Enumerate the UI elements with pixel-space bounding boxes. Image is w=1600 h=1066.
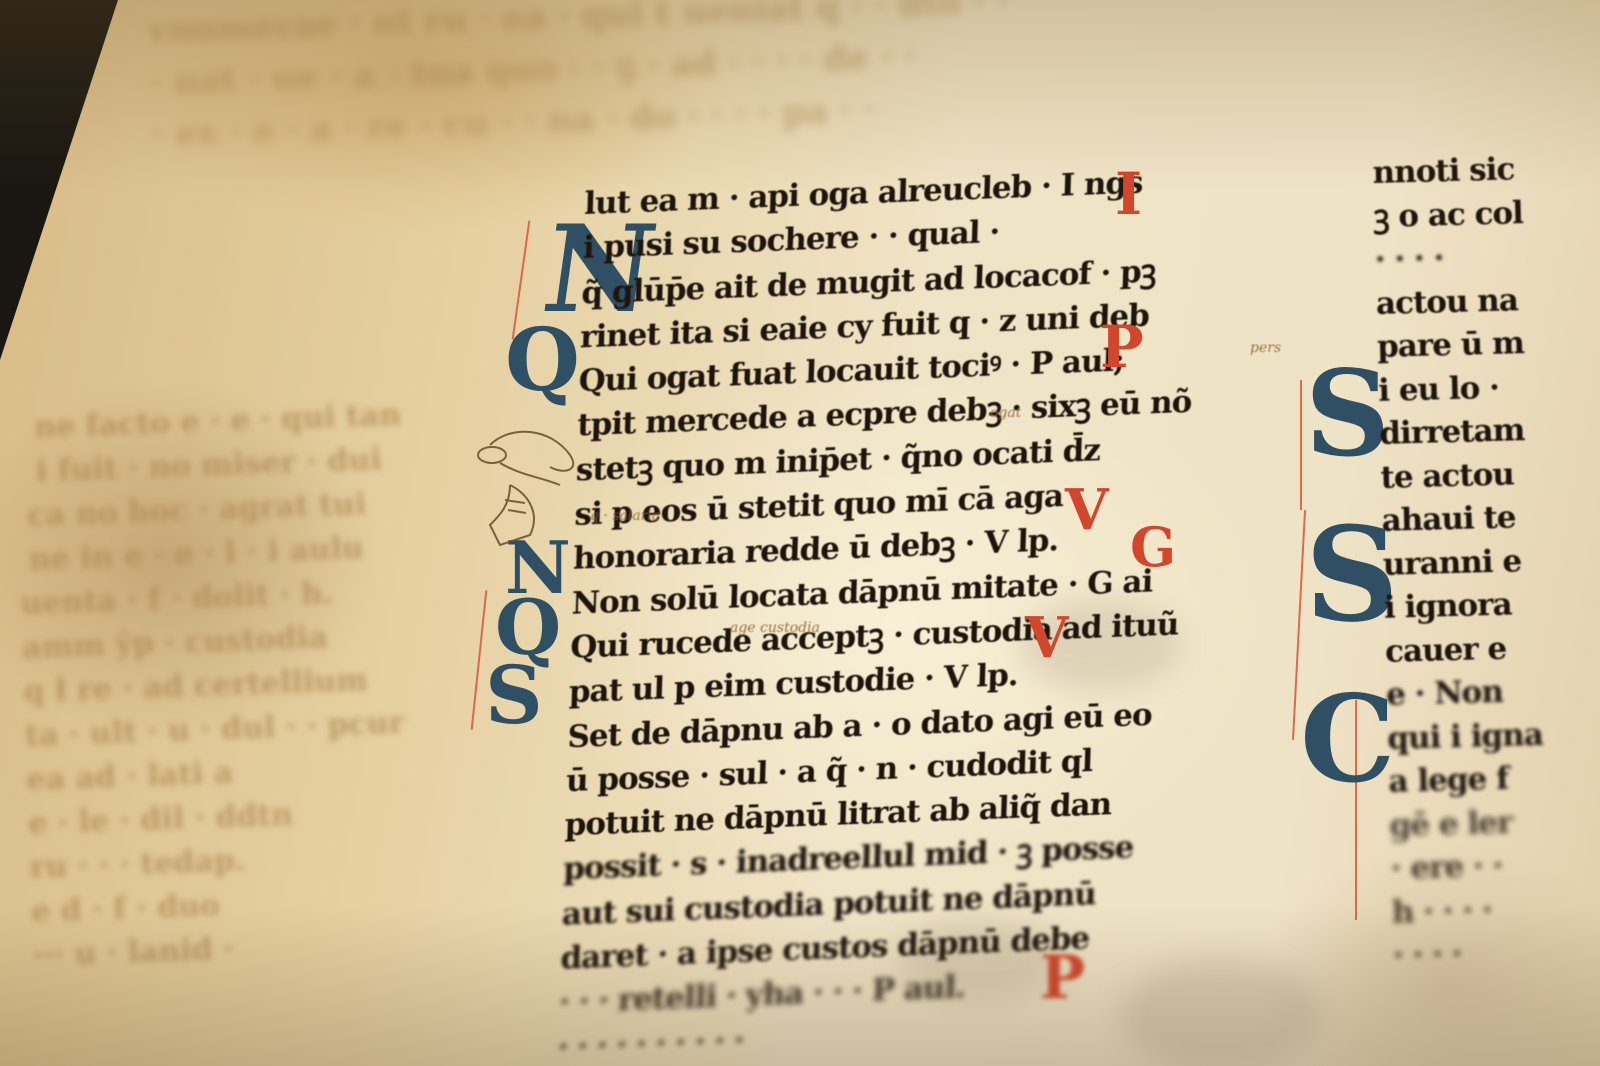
rubric-letter: P (1040, 948, 1085, 1008)
text-line: gē e ler (1389, 800, 1546, 848)
rubric-letter: V (1065, 482, 1108, 538)
initial-letter: C (1300, 680, 1396, 800)
marginal-gloss: age custodia (730, 620, 820, 636)
text-line: h · · · · (1391, 887, 1548, 935)
text-line: i eu lo · (1378, 365, 1535, 413)
marginal-gloss: pers (1250, 340, 1281, 356)
text-line: ahaui te (1381, 496, 1538, 544)
text-line: · · · · (1374, 235, 1531, 283)
text-line: e · Non (1386, 670, 1543, 718)
manuscript-photo: vnnmerae · nt ru · ea · qui t ueniat q ·… (0, 0, 1600, 1066)
initial-letter: Q (505, 318, 580, 404)
left-column-blurred: ne facto e · e · qui tan i fuit · no mis… (7, 193, 421, 978)
text-line: i ignora (1383, 583, 1540, 631)
rubric-letter: V (1025, 610, 1068, 666)
text-line: te actou (1380, 452, 1537, 500)
text-line: ꝫ o ac col (1373, 191, 1530, 239)
text-line: · · · · (1392, 931, 1549, 979)
red-rule-line (1300, 380, 1302, 510)
rubric-letter: I (1115, 165, 1142, 223)
text-line: uranni e (1382, 539, 1539, 587)
text-line: a lege f (1388, 757, 1545, 805)
text-line: · ere · · (1390, 844, 1547, 892)
text-line: cauer e (1385, 626, 1542, 674)
rubric-letter: G (1130, 520, 1176, 574)
initial-letter: S (485, 655, 543, 735)
text-line: dirretam (1379, 409, 1536, 457)
manicule-hand-icon (470, 415, 590, 555)
marginal-gloss: ogat (990, 405, 1021, 421)
text-line: nnoti sic (1372, 148, 1529, 196)
main-text-column: lut ea m · api oga alreucleb · I ngs i p… (557, 158, 1199, 1066)
text-line: pare ū m (1377, 322, 1534, 370)
marginal-gloss: q · salaria (590, 508, 660, 524)
right-text-column: nnoti sic ꝫ o ac col · · · · actou na pa… (1372, 148, 1549, 978)
text-line: actou na (1375, 278, 1532, 326)
rubric-letter: P (1100, 318, 1144, 376)
text-line: qui i igna (1387, 713, 1544, 761)
